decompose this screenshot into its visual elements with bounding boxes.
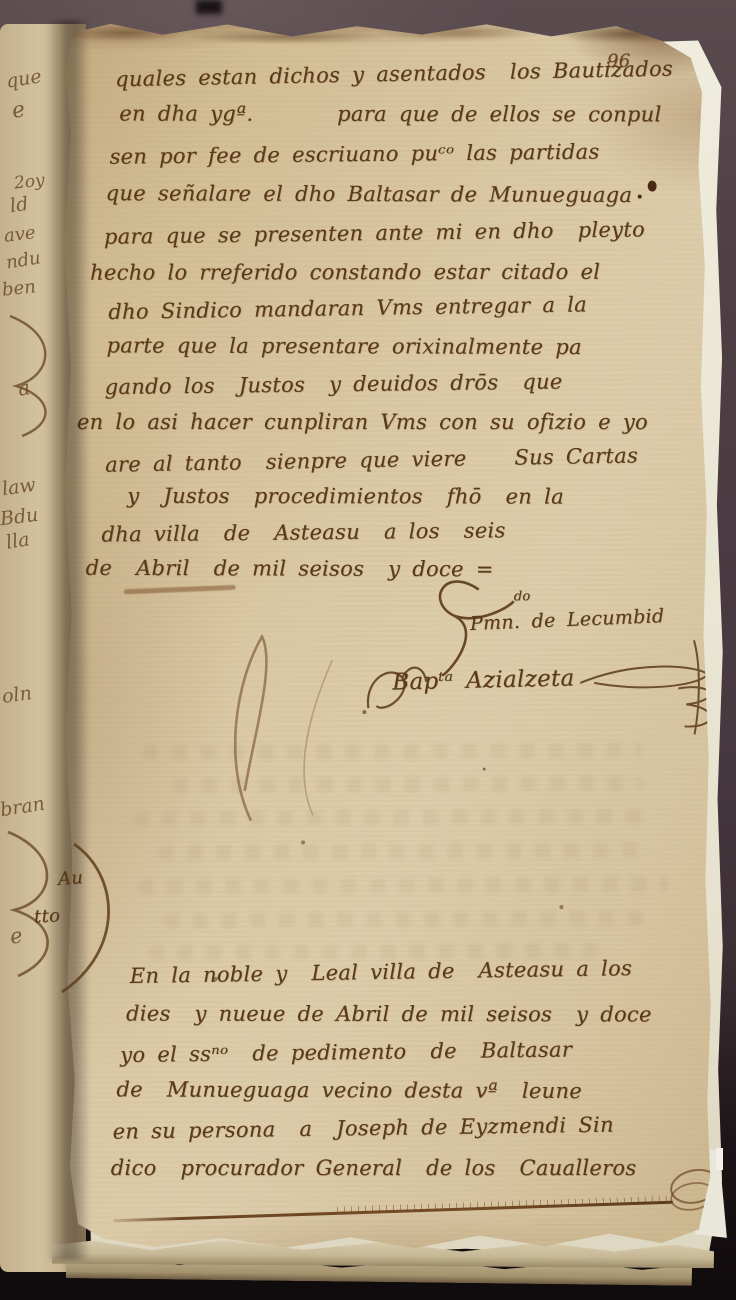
facing-text-fragment: bran: [0, 793, 46, 822]
body-line: gando los Justos y deuidos drōs que: [105, 369, 563, 399]
body-line: dho Sindico mandaran Vms entregar a la: [108, 292, 587, 324]
body-line: para que se presenten ante mi en dho ple…: [104, 217, 645, 249]
facing-text-fragment: Bdu: [0, 504, 40, 531]
blurred-backdrop-object: [196, 0, 222, 14]
facing-text-fragment: ben: [1, 276, 37, 300]
next-leaf-corner-sliver: [716, 1148, 723, 1170]
body-line: dha villa de Asteasu a los seis: [101, 518, 505, 546]
facing-flourish-icon: [0, 310, 70, 440]
auto-line: dico procurador General de los Cauallero…: [111, 1156, 637, 1180]
facing-text-fragment: lla: [4, 528, 31, 553]
body-line: parte que la presentare orixinalmente pa: [106, 333, 581, 359]
body-line: are al tanto sienpre que viere Sus Carta…: [105, 443, 638, 476]
facing-text-fragment: ave: [3, 222, 37, 247]
body-line: en dha ygª. para que de ellos se conpul: [119, 101, 661, 126]
body-line: hecho lo rreferido constando estar citad…: [90, 260, 600, 285]
facing-text-fragment: e: [10, 97, 28, 124]
bottom-ink-rule: [113, 1201, 673, 1220]
facing-text-fragment: 2oy: [13, 170, 46, 193]
body-line: en lo asi hacer cunpliran Vms con su ofi…: [77, 410, 648, 434]
facing-text-fragment: ndu: [5, 247, 43, 273]
photo-backdrop: que e 2oy ld ave ndu ben a law Bdu lla o…: [0, 0, 736, 1300]
auto-line: de Munueguaga vecino desta vª leune: [116, 1077, 582, 1103]
auto-line: yo el ssⁿᵒ de pedimento de Baltasar: [120, 1037, 572, 1067]
body-line: y Justos procedimientos fhō en la: [127, 484, 564, 509]
ink-smudge: [192, 620, 363, 831]
burn-stain-top-edge: [59, 18, 707, 51]
bleed-through-text: [158, 843, 648, 861]
body-line: que señalare el dho Baltasar de Munuegua…: [106, 181, 633, 207]
signature-rubric-icon: [574, 630, 725, 751]
facing-text-fragment: ld: [9, 193, 30, 217]
auto-line: en su persona a Joseph de Eyzmendi Sin: [112, 1113, 614, 1144]
facing-text-fragment: que: [4, 65, 43, 92]
body-line: quales estan dichos y asentados los Baut…: [115, 57, 673, 92]
signature-superscript: do: [514, 589, 531, 604]
facing-text-fragment: law: [1, 474, 37, 500]
bleed-through-text: [163, 911, 643, 929]
signature-2: Bapᵗᵃ Azialzeta: [392, 665, 575, 695]
facing-text-fragment: oln: [1, 682, 34, 708]
margin-flourish-icon: [52, 840, 132, 1000]
auto-line: dies y nueue de Abril de mil seisos y do…: [126, 1002, 652, 1027]
ink-underline: [124, 585, 236, 594]
auto-line: En la noble y Leal villa de Asteasu a lo…: [130, 956, 633, 988]
manuscript-page: 96 quales estan dichos y asentados los B…: [59, 18, 713, 1253]
body-line: sen por fee de escriuano puᶜᵒ las partid…: [109, 140, 599, 169]
bleed-through-text: [138, 877, 668, 895]
